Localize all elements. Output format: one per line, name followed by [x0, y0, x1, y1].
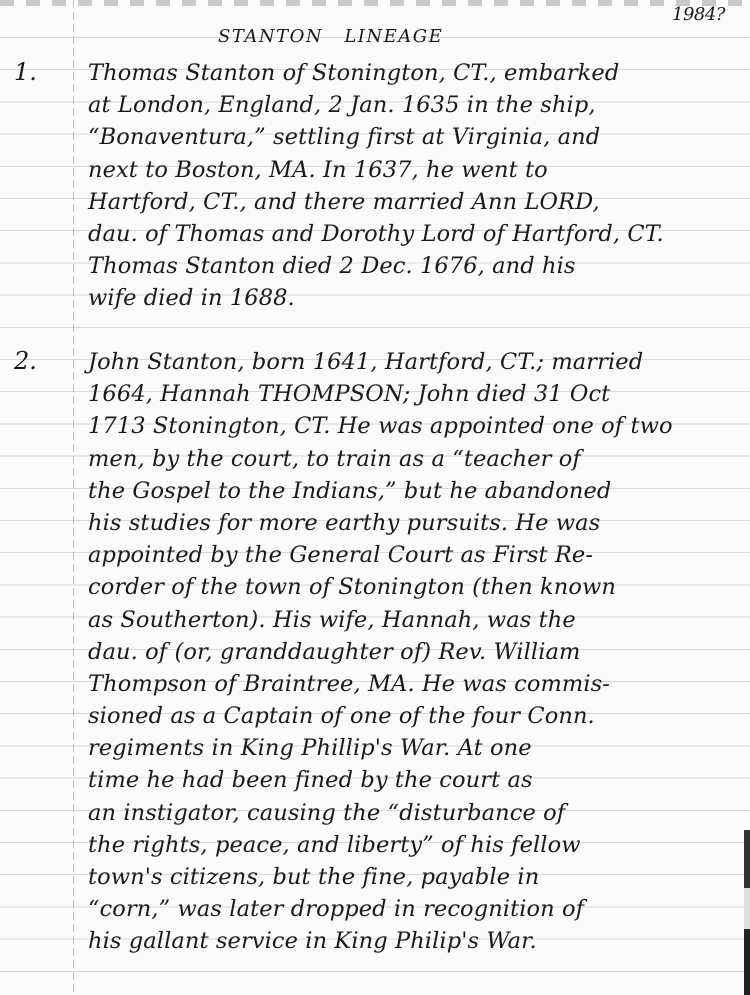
text-line: 1713 Stonington, CT. He was appointed on… [88, 411, 743, 443]
text-line: time he had been fined by the court as [88, 765, 743, 797]
entry-text: John Stanton, born 1641, Hartford, CT.; … [88, 347, 743, 959]
text-line: dau. of Thomas and Dorothy Lord of Hartf… [88, 219, 743, 251]
text-line: appointed by the General Court as First … [88, 540, 743, 572]
year-annotation: 1984? [672, 4, 725, 25]
torn-top-edge [0, 0, 750, 6]
text-line: 1664, Hannah THOMPSON; John died 31 Oct [88, 379, 743, 411]
text-line: town's citizens, but the fine, payable i… [88, 862, 743, 894]
entry-number: 2. [14, 347, 37, 375]
text-line: an instigator, causing the “disturbance … [88, 798, 743, 830]
document-title: STANTON LINEAGE [218, 26, 443, 47]
text-line: Thompson of Braintree, MA. He was commis… [88, 669, 743, 701]
text-line: the rights, peace, and liberty” of his f… [88, 830, 743, 862]
text-line: men, by the court, to train as a “teache… [88, 444, 743, 476]
text-line: Thomas Stanton died 2 Dec. 1676, and his [88, 251, 743, 283]
text-line: Thomas Stanton of Stonington, CT., embar… [88, 58, 743, 90]
text-line: next to Boston, MA. In 1637, he went to [88, 155, 743, 187]
text-line: sioned as a Captain of one of the four C… [88, 701, 743, 733]
ruled-notebook-page: 1984? STANTON LINEAGE 1. Thomas Stanton … [0, 0, 750, 995]
entry-text: Thomas Stanton of Stonington, CT., embar… [88, 58, 743, 316]
text-line: regiments in King Phillip's War. At one [88, 733, 743, 765]
margin-line [73, 0, 74, 995]
text-line: dau. of (or, granddaughter of) Rev. Will… [88, 637, 743, 669]
text-line: at London, England, 2 Jan. 1635 in the s… [88, 90, 743, 122]
entry-number: 1. [14, 58, 37, 86]
text-line: his gallant service in King Philip's War… [88, 926, 743, 958]
text-line: his studies for more earthy pursuits. He… [88, 508, 743, 540]
text-line: “Bonaventura,” settling first at Virgini… [88, 122, 743, 154]
text-line: John Stanton, born 1641, Hartford, CT.; … [88, 347, 743, 379]
text-line: wife died in 1688. [88, 283, 743, 315]
text-line: the Gospel to the Indians,” but he aband… [88, 476, 743, 508]
text-line: Hartford, CT., and there married Ann LOR… [88, 187, 743, 219]
text-line: as Southerton). His wife, Hannah, was th… [88, 605, 743, 637]
scan-edge-shadow [744, 830, 750, 995]
text-line: “corn,” was later dropped in recognition… [88, 894, 743, 926]
text-line: corder of the town of Stonington (then k… [88, 572, 743, 604]
